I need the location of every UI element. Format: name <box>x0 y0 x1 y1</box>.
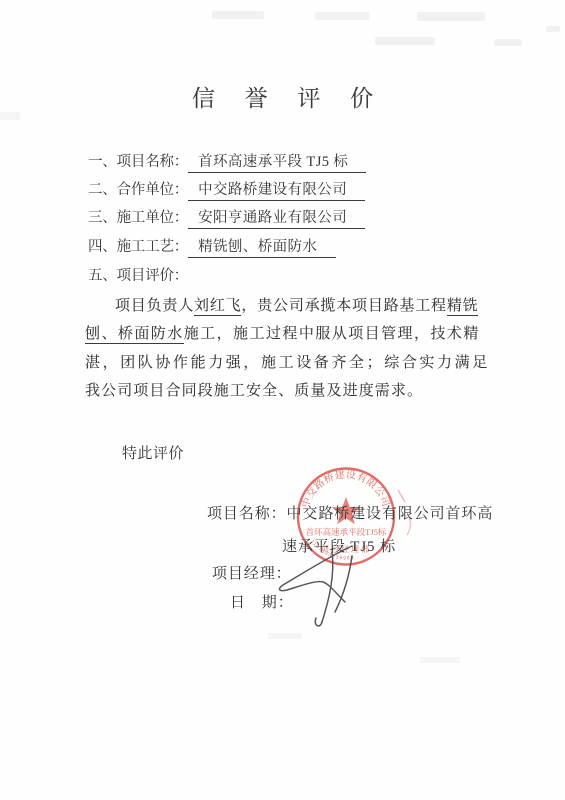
text-run: 施工，施工过程中服从项目管理，技术精 <box>184 326 480 342</box>
signature-project-line1: 项目名称：中交路桥建设有限公司首环高 <box>207 502 493 523</box>
signature-stroke <box>280 546 352 602</box>
paragraph-line: 湛，团队协作能力强，施工设备齐全；综合实力满足 <box>85 349 489 377</box>
scan-smudge <box>212 11 264 19</box>
signature-stroke <box>335 556 352 612</box>
field-label: 二、合作单位： <box>88 182 188 198</box>
field-value-underlined: 精铣刨、桥面防水 <box>188 235 336 258</box>
underlined-craft: 刨、桥面防水 <box>85 326 184 344</box>
document-title: 信 誉 评 价 <box>0 80 565 113</box>
signature-project-value: 中交路桥建设有限公司首环高 <box>287 506 494 522</box>
paragraph-line: 我公司项目合同段施工安全、质量及进度需求。 <box>85 377 489 405</box>
handwritten-signature <box>255 530 385 640</box>
field-partner-unit: 二、合作单位：中交路桥建设有限公司 <box>88 178 365 201</box>
scan-smudge <box>420 657 460 663</box>
signature-graphic <box>255 530 385 640</box>
scan-smudge <box>0 112 20 120</box>
field-value-underlined: 首环高速承平段 TJ5 标 <box>188 150 366 173</box>
field-label: 五、项目评价： <box>88 268 188 284</box>
paragraph-line: 刨、桥面防水施工，施工过程中服从项目管理，技术精 <box>85 320 489 348</box>
scan-smudge <box>417 12 485 21</box>
field-label: 三、施工单位： <box>88 210 188 226</box>
scan-smudge <box>546 26 560 32</box>
field-construction-craft: 四、施工工艺：精铣刨、桥面防水 <box>88 235 336 258</box>
stray-ink-mark <box>398 490 405 502</box>
underlined-craft: 精铣 <box>447 298 479 316</box>
text-run: 项目负责人 <box>115 298 194 314</box>
evaluation-paragraph: 项目负责人刘红飞，贵公司承揽本项目路基工程精铣 刨、桥面防水施工，施工过程中服从… <box>85 292 489 405</box>
field-value-underlined: 中交路桥建设有限公司 <box>188 178 365 201</box>
scanned-document-page: 信 誉 评 价 一、项目名称：首环高速承平段 TJ5 标 二、合作单位：中交路桥… <box>0 0 565 800</box>
field-value-underlined: 安阳亨通路业有限公司 <box>188 206 365 229</box>
field-construction-unit: 三、施工单位：安阳亨通路业有限公司 <box>88 206 365 229</box>
field-label: 一、项目名称： <box>88 154 188 170</box>
signature-project-label: 项目名称： <box>207 506 287 522</box>
underlined-name: 刘红飞 <box>194 298 241 316</box>
field-project-evaluation: 五、项目评价： <box>88 264 188 285</box>
scan-smudge <box>494 39 522 46</box>
closing-phrase: 特此评价 <box>122 442 184 463</box>
scan-smudge <box>315 12 370 20</box>
field-label: 四、施工工艺： <box>88 239 188 255</box>
text-run: ，贵公司承揽本项目路基工程 <box>241 298 446 314</box>
scan-smudge <box>375 37 435 45</box>
field-project-name: 一、项目名称：首环高速承平段 TJ5 标 <box>88 150 366 173</box>
signature-stroke <box>315 552 333 626</box>
paragraph-line: 项目负责人刘红飞，贵公司承揽本项目路基工程精铣 <box>85 292 489 320</box>
